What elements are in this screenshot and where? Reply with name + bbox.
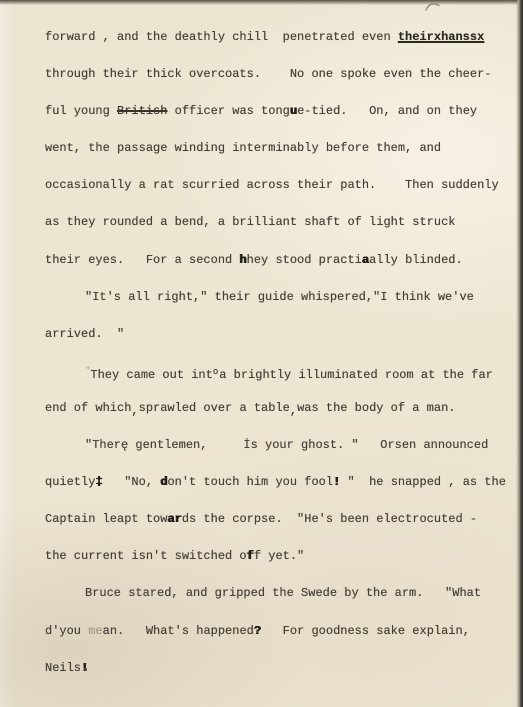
text-segment-low: ,: [131, 404, 138, 418]
typewritten-line: as they rounded a bend, a brilliant shaf…: [45, 204, 523, 241]
text-segment-faint: me: [88, 624, 102, 638]
typewritten-line: occasionally a rat scurried across their…: [45, 167, 523, 204]
typewritten-line: d'you mean. What's happened? For goodnes…: [45, 613, 523, 650]
text-segment: e-tied. On, and on they: [297, 104, 477, 118]
text-segment-blot: a: [362, 253, 369, 267]
typewritten-line: ful young British officer was tongue-tie…: [45, 93, 523, 130]
text-segment-blot: h: [239, 253, 246, 267]
typewritten-line: quietly‡ "No, don't touch him you fool! …: [45, 464, 523, 501]
text-segment: on't touch him you fool: [167, 475, 333, 489]
typewritten-line: went, the passage winding interminably b…: [45, 130, 523, 167]
text-segment: d'you: [45, 624, 88, 638]
text-segment: was the body of a man.: [297, 401, 455, 415]
text-segment: sprawled over a table: [139, 401, 290, 415]
typewritten-line: end of which,sprawled over a table,was t…: [45, 390, 523, 427]
text-segment: as they rounded a bend, a brilliant shaf…: [45, 215, 455, 229]
typewritten-line: Neils!: [45, 650, 523, 687]
text-segment: forward , and the deathly chill penetrat…: [45, 30, 398, 44]
text-segment: officer was tong: [167, 104, 289, 118]
typewritten-line: arrived. ": [45, 316, 523, 353]
text-segment-strike-under: theirxhanssx: [398, 30, 484, 44]
text-segment: ful young: [45, 104, 117, 118]
text-segment: f yet.": [254, 549, 304, 563]
text-segment: occasionally a rat scurried across their…: [45, 178, 499, 192]
text-segment-blot: f: [247, 549, 254, 563]
text-segment: Captain leapt tow: [45, 512, 167, 526]
text-segment: hey stood practi: [247, 253, 362, 267]
text-segment: "It's all right," their guide whispered,…: [85, 290, 474, 304]
text-segment: Neils: [45, 661, 81, 675]
text-segment: an. What's happened: [103, 624, 254, 638]
typewritten-line: Captain leapt towards the corpse. "He's …: [45, 501, 523, 538]
text-segment: "Therę gentlemen, İs your ghost. " Orsen…: [85, 438, 488, 452]
text-segment-low: ,: [290, 404, 297, 418]
text-segment: a brightly illuminated room at the far: [219, 368, 493, 382]
typewritten-line: their eyes. For a second hhey stood prac…: [45, 242, 523, 279]
typewritten-line: "Therę gentlemen, İs your ghost. " Orsen…: [45, 427, 523, 464]
text-segment-blot: !: [81, 661, 88, 675]
text-segment-strike: British: [117, 104, 167, 118]
text-segment: their eyes. For a second: [45, 253, 239, 267]
text-segment: the current isn't switched o: [45, 549, 247, 563]
pencil-mark: [424, 1, 442, 13]
text-segment: arrived. ": [45, 327, 124, 341]
text-segment: "No,: [103, 475, 161, 489]
text-segment-blot: u: [290, 104, 297, 118]
text-segment: end of which: [45, 401, 131, 415]
text-segment: " he snapped , as the: [340, 475, 506, 489]
typewritten-line: "It's all right," their guide whispered,…: [45, 279, 523, 316]
typewritten-line: the current isn't switched off yet.": [45, 538, 523, 575]
text-segment: ds the corpse. "He's been electrocuted -: [182, 512, 477, 526]
text-segment-sup: o: [213, 367, 218, 377]
text-segment: Bruce stared, and gripped the Swede by t…: [85, 586, 481, 600]
text-segment: They came out int: [90, 368, 212, 382]
text-segment: ally blinded.: [369, 253, 463, 267]
text-segment-blot: ?: [254, 624, 261, 638]
text-segment-blot: ar: [167, 512, 181, 526]
typewritten-line: Bruce stared, and gripped the Swede by t…: [45, 575, 523, 612]
page-top-edge: [0, 0, 523, 5]
text-segment-blot: ‡: [95, 475, 102, 489]
typewritten-text: forward , and the deathly chill penetrat…: [45, 19, 523, 687]
typewritten-line: forward , and the deathly chill penetrat…: [45, 19, 523, 56]
text-segment: through their thick overcoats. No one sp…: [45, 67, 491, 81]
text-segment: For goodness sake explain,: [261, 624, 470, 638]
text-segment: went, the passage winding interminably b…: [45, 141, 441, 155]
typewritten-line: through their thick overcoats. No one sp…: [45, 56, 523, 93]
typewritten-line: "They came out intoa brightly illuminate…: [45, 353, 523, 390]
manuscript-page: forward , and the deathly chill penetrat…: [0, 0, 523, 707]
text-segment: quietly: [45, 475, 95, 489]
